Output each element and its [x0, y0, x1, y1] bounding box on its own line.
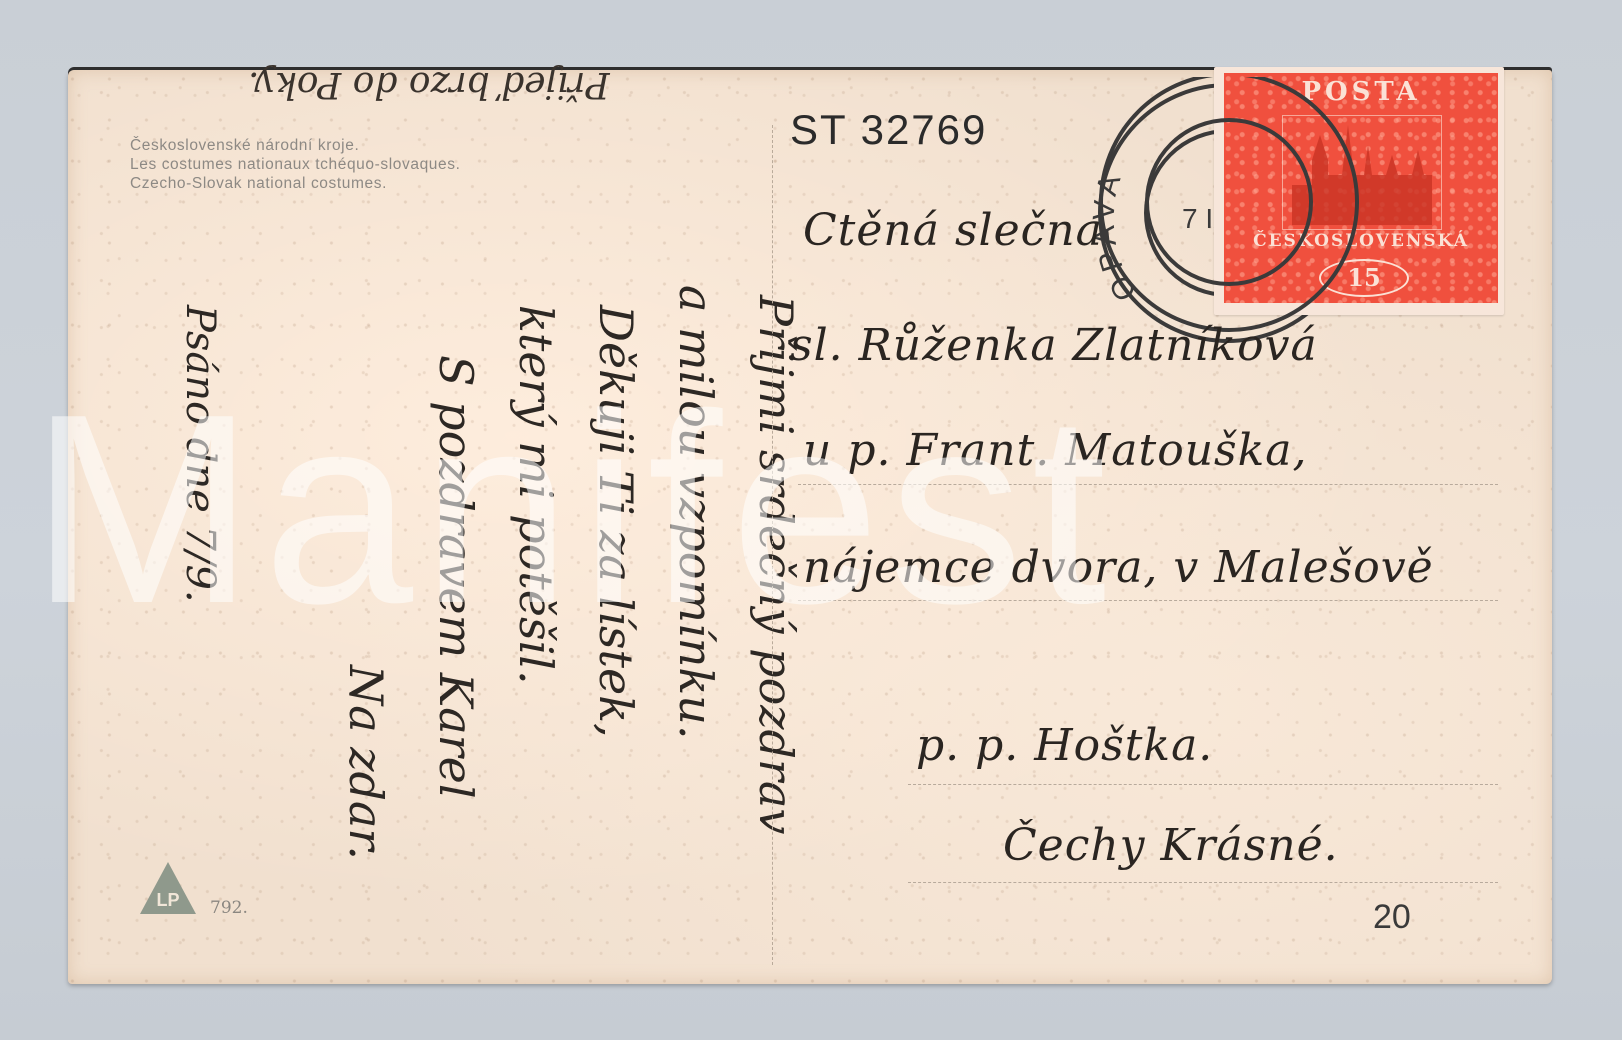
printed-caption: Československé národní kroje. Les costum… — [130, 136, 460, 193]
publisher-number: 792. — [210, 898, 248, 918]
address-rule — [908, 784, 1498, 785]
message-line: Psáno dne 7/9. — [177, 305, 223, 603]
publisher-logo-icon: LP — [138, 860, 198, 916]
message-line: Děkuji Ti za lístek, — [589, 305, 643, 738]
center-divider — [772, 125, 773, 965]
upside-down-note: Přijeď brzo do Poky. — [248, 64, 610, 105]
postcard: Přijeď brzo do Poky. Československé náro… — [68, 70, 1552, 984]
pencil-note: 20 — [1373, 898, 1411, 937]
address-line: Ctěná slečna — [803, 205, 1103, 256]
address-line: u p. Frant. Matouška, — [803, 425, 1308, 476]
address-line: Čechy Krásné. — [1003, 820, 1339, 871]
message-line: Přijmi srdečný pozdrav — [749, 295, 803, 834]
message-line: S pozdravem Karel — [429, 355, 483, 799]
address-line: sl. Růženka Zlatníková — [790, 320, 1318, 371]
caption-czech: Československé národní kroje. — [130, 136, 460, 155]
address-line: p. p. Hoštka. — [916, 720, 1213, 771]
message-line: který mi potěšil. — [509, 305, 563, 685]
catalog-number: ST 32769 — [790, 106, 987, 154]
address-rule — [798, 600, 1498, 601]
message-line: a milou vzpomínku. — [669, 285, 723, 739]
address-rule — [798, 484, 1498, 485]
caption-french: Les costumes nationaux tchéquo-slovaques… — [130, 155, 460, 174]
postage-stamp: POSTA ČESKOSLOVENSKÁ 15 — [1214, 67, 1504, 315]
address-rule — [908, 882, 1498, 883]
address-line: nájemce dvora, v Malešově — [803, 542, 1434, 593]
handwritten-message: Přijmi srdečný pozdrav a milou vzpomínku… — [153, 265, 803, 1005]
message-line: Na zdar. — [339, 665, 393, 860]
caption-english: Czecho-Slovak national costumes. — [130, 174, 460, 193]
svg-text:LP: LP — [156, 890, 179, 910]
